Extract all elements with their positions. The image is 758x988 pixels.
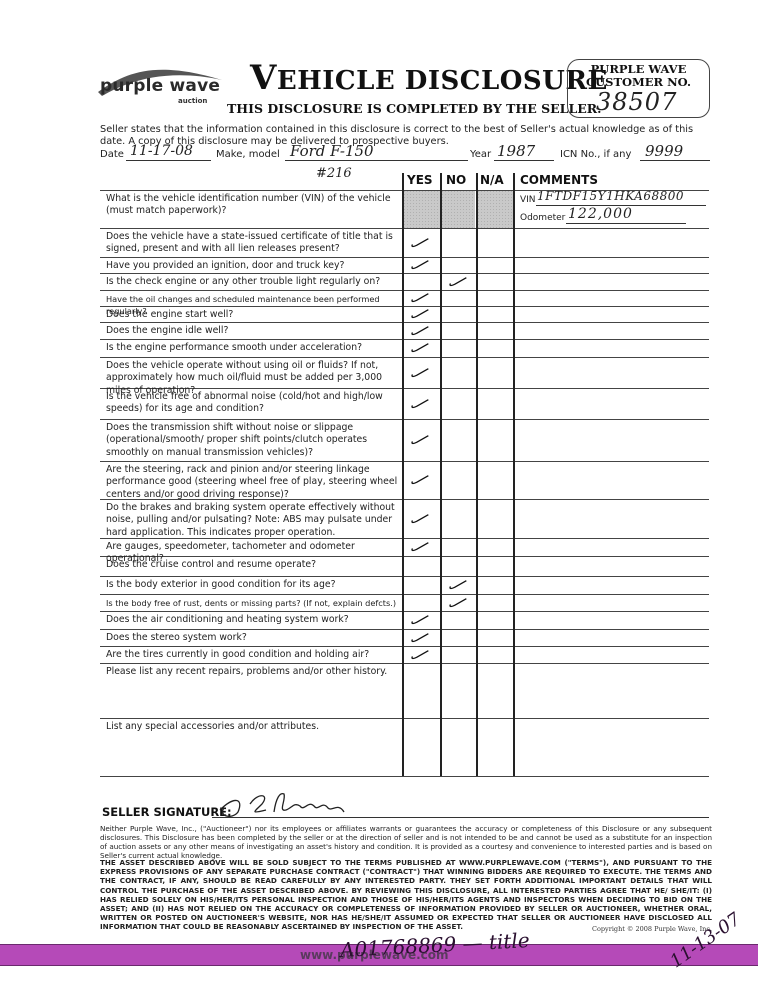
checkbox-cell-no[interactable] xyxy=(440,388,476,419)
row-divider xyxy=(100,776,709,777)
checkmark-icon xyxy=(410,648,430,660)
checkbox-cell-na[interactable] xyxy=(476,228,513,257)
checkbox-cell-yes[interactable] xyxy=(402,718,440,776)
purple-wave-logo: purple wave auction xyxy=(96,62,226,112)
checkbox-cell-no[interactable] xyxy=(440,646,476,663)
customer-number-value[interactable]: 38507 xyxy=(596,88,677,116)
checkbox-cell-yes[interactable] xyxy=(402,611,440,629)
question-text: Does the transmission shift without nois… xyxy=(106,422,400,459)
question-text: Does the vehicle have a state-issued cer… xyxy=(106,231,400,256)
checkbox-cell-na[interactable] xyxy=(476,718,513,776)
checkbox-cell-no[interactable] xyxy=(440,273,476,290)
checkbox-cell-no[interactable] xyxy=(440,339,476,357)
comment-cell xyxy=(514,190,709,228)
comment-cell[interactable] xyxy=(514,339,709,357)
checkbox-cell-na[interactable] xyxy=(476,339,513,357)
checkbox-cell-yes[interactable] xyxy=(402,499,440,538)
checkbox-cell-no[interactable] xyxy=(440,629,476,646)
checkbox-cell-no[interactable] xyxy=(440,228,476,257)
checkbox-cell-na[interactable] xyxy=(476,499,513,538)
checkmark-icon xyxy=(448,275,468,287)
checkmark-icon xyxy=(410,397,430,409)
comment-cell[interactable] xyxy=(514,499,709,538)
checkbox-cell-yes[interactable] xyxy=(402,646,440,663)
question-text: Is the body exterior in good condition f… xyxy=(106,579,400,591)
question-text: Are the tires currently in good conditio… xyxy=(106,649,400,661)
checkbox-cell-yes[interactable] xyxy=(402,290,440,306)
comment-cell[interactable] xyxy=(514,629,709,646)
comment-cell[interactable] xyxy=(514,461,709,499)
checkbox-cell-no[interactable] xyxy=(440,538,476,556)
copyright: Copyright © 2008 Purple Wave, Inc. xyxy=(592,925,712,933)
comment-cell[interactable] xyxy=(514,646,709,663)
question-text: Is the check engine or any other trouble… xyxy=(106,276,400,288)
checkmark-icon xyxy=(410,512,430,524)
year-field[interactable]: 1987 xyxy=(497,142,535,160)
question-text: Does the cruise control and resume opera… xyxy=(106,559,400,571)
question-text: Does the air conditioning and heating sy… xyxy=(106,614,400,626)
question-text: Does the engine start well? xyxy=(106,309,400,321)
checkmark-icon xyxy=(410,631,430,643)
date-field[interactable]: 11-17-08 xyxy=(130,143,193,159)
comment-cell[interactable] xyxy=(514,388,709,419)
date-label: Date xyxy=(100,149,124,160)
checkbox-cell-no[interactable] xyxy=(440,419,476,461)
comment-cell[interactable] xyxy=(514,357,709,388)
checkmark-icon xyxy=(448,596,468,608)
comment-cell[interactable] xyxy=(514,594,709,611)
checkmark-icon xyxy=(410,613,430,625)
page-subtitle: THIS DISCLOSURE IS COMPLETED BY THE SELL… xyxy=(227,101,602,116)
icn-field[interactable]: 9999 xyxy=(645,142,683,160)
checkbox-cell-no[interactable] xyxy=(440,257,476,273)
checkbox-cell-na[interactable] xyxy=(476,322,513,339)
checkbox-cell-yes[interactable] xyxy=(402,538,440,556)
checkbox-cell-yes[interactable] xyxy=(402,461,440,499)
logo-subtext: auction xyxy=(178,97,207,105)
checkbox-cell-yes[interactable] xyxy=(402,273,440,290)
checkbox-cell-no[interactable] xyxy=(440,556,476,576)
checkmark-icon xyxy=(410,341,430,353)
question-text: Please list any recent repairs, problems… xyxy=(106,666,400,678)
checkbox-cell-yes[interactable] xyxy=(402,663,440,718)
checkbox-cell-yes[interactable] xyxy=(402,357,440,388)
checkbox-cell-na[interactable] xyxy=(476,257,513,273)
year-field-line xyxy=(494,160,554,161)
checkbox-cell-no[interactable] xyxy=(440,499,476,538)
comment-cell[interactable] xyxy=(514,257,709,273)
checkbox-cell-no[interactable] xyxy=(440,290,476,306)
checkbox-cell-yes[interactable] xyxy=(402,228,440,257)
checkbox-cell-na[interactable] xyxy=(476,663,513,718)
header-yes: YES xyxy=(407,173,433,190)
checkmark-icon xyxy=(410,258,430,270)
checkbox-cell-yes[interactable] xyxy=(402,257,440,273)
question-text: List any special accessories and/or attr… xyxy=(106,721,400,733)
checkbox-cell-yes[interactable] xyxy=(402,576,440,594)
checkbox-cell-no[interactable] xyxy=(440,306,476,322)
make-model-label: Make, model xyxy=(216,149,280,160)
checkbox-cell-na[interactable] xyxy=(476,594,513,611)
header-comments: COMMENTS xyxy=(520,173,598,190)
checkmark-icon xyxy=(410,307,430,319)
checkbox-cell-no[interactable] xyxy=(440,594,476,611)
comment-cell[interactable] xyxy=(514,538,709,556)
checkbox-cell-na[interactable] xyxy=(476,461,513,499)
comment-cell[interactable] xyxy=(514,228,709,257)
checkmark-icon xyxy=(410,540,430,552)
checkmark-icon xyxy=(410,366,430,378)
year-label: Year xyxy=(470,149,491,160)
date-field-line xyxy=(126,160,211,161)
checkbox-cell-na[interactable] xyxy=(476,538,513,556)
logo-text: purple wave xyxy=(100,76,220,96)
checkbox-cell-yes[interactable] xyxy=(402,629,440,646)
comment-cell[interactable] xyxy=(514,718,709,776)
unit-number-note: #216 xyxy=(316,166,352,181)
checkbox-cell-no[interactable] xyxy=(440,461,476,499)
comment-cell[interactable] xyxy=(514,556,709,576)
checkbox-cell-na[interactable] xyxy=(476,611,513,629)
icn-label: ICN No., if any xyxy=(560,149,631,160)
comment-cell[interactable] xyxy=(514,306,709,322)
question-text: What is the vehicle identification numbe… xyxy=(106,193,400,218)
checkbox-cell-yes[interactable] xyxy=(402,419,440,461)
customer-number-label: PURPLE WAVE CUSTOMER NO. xyxy=(568,63,709,89)
make-model-field-line xyxy=(285,160,468,161)
question-text: Are the steering, rack and pinion and/or… xyxy=(106,464,400,501)
checkbox-cell-na[interactable] xyxy=(476,419,513,461)
question-text: Is the vehicle free of abnormal noise (c… xyxy=(106,391,400,416)
comment-cell[interactable] xyxy=(514,273,709,290)
checkbox-cell-na[interactable] xyxy=(476,576,513,594)
checkbox-cell-na[interactable] xyxy=(476,306,513,322)
checkbox-cell-na[interactable] xyxy=(476,388,513,419)
shaded-cell-na xyxy=(477,190,513,228)
question-text: Do the brakes and braking system operate… xyxy=(106,502,400,539)
seller-signature[interactable] xyxy=(214,790,364,820)
checkbox-cell-yes[interactable] xyxy=(402,339,440,357)
checkbox-cell-yes[interactable] xyxy=(402,556,440,576)
comment-cell[interactable] xyxy=(514,419,709,461)
question-text: Is the body free of rust, dents or missi… xyxy=(106,597,400,609)
checkbox-cell-na[interactable] xyxy=(476,556,513,576)
page-title: VEHICLE DISCLOSURE xyxy=(250,58,608,98)
checkmark-icon xyxy=(410,433,430,445)
checkbox-cell-na[interactable] xyxy=(476,290,513,306)
checkbox-cell-no[interactable] xyxy=(440,322,476,339)
shaded-cell-no xyxy=(441,190,475,228)
question-text: Have you provided an ignition, door and … xyxy=(106,260,400,272)
checkbox-cell-na[interactable] xyxy=(476,646,513,663)
header-no: NO xyxy=(446,173,466,190)
checkmark-icon xyxy=(410,324,430,336)
checkbox-cell-no[interactable] xyxy=(440,611,476,629)
checkbox-cell-yes[interactable] xyxy=(402,594,440,611)
checkbox-cell-yes[interactable] xyxy=(402,322,440,339)
icn-field-line xyxy=(640,160,710,161)
comment-cell[interactable] xyxy=(514,290,709,306)
header-na: N/A xyxy=(480,173,504,190)
checkmark-icon xyxy=(448,578,468,590)
checkmark-icon xyxy=(410,473,430,485)
checkbox-cell-no[interactable] xyxy=(440,718,476,776)
comment-cell[interactable] xyxy=(514,322,709,339)
comment-cell[interactable] xyxy=(514,576,709,594)
terms-text: THE ASSET DESCRIBED ABOVE WILL BE SOLD S… xyxy=(100,858,712,932)
checkmark-icon xyxy=(410,236,430,248)
checkbox-cell-na[interactable] xyxy=(476,357,513,388)
checkbox-cell-na[interactable] xyxy=(476,273,513,290)
make-model-field[interactable]: Ford F-150 xyxy=(290,142,374,160)
customer-number-box: PURPLE WAVE CUSTOMER NO. 38507 xyxy=(567,59,710,118)
question-text: Does the engine idle well? xyxy=(106,325,400,337)
comment-cell[interactable] xyxy=(514,663,709,718)
disclaimer-text: Neither Purple Wave, Inc., ("Auctioneer"… xyxy=(100,824,712,860)
checkbox-cell-no[interactable] xyxy=(440,576,476,594)
checkbox-cell-no[interactable] xyxy=(440,357,476,388)
question-text: Does the stereo system work? xyxy=(106,632,400,644)
checkbox-cell-yes[interactable] xyxy=(402,306,440,322)
comment-cell[interactable] xyxy=(514,611,709,629)
shaded-cell-yes xyxy=(403,190,440,228)
checkmark-icon xyxy=(410,291,430,303)
question-text: Is the engine performance smooth under a… xyxy=(106,342,400,354)
checkbox-cell-no[interactable] xyxy=(440,663,476,718)
checkbox-cell-na[interactable] xyxy=(476,629,513,646)
checkbox-cell-yes[interactable] xyxy=(402,388,440,419)
